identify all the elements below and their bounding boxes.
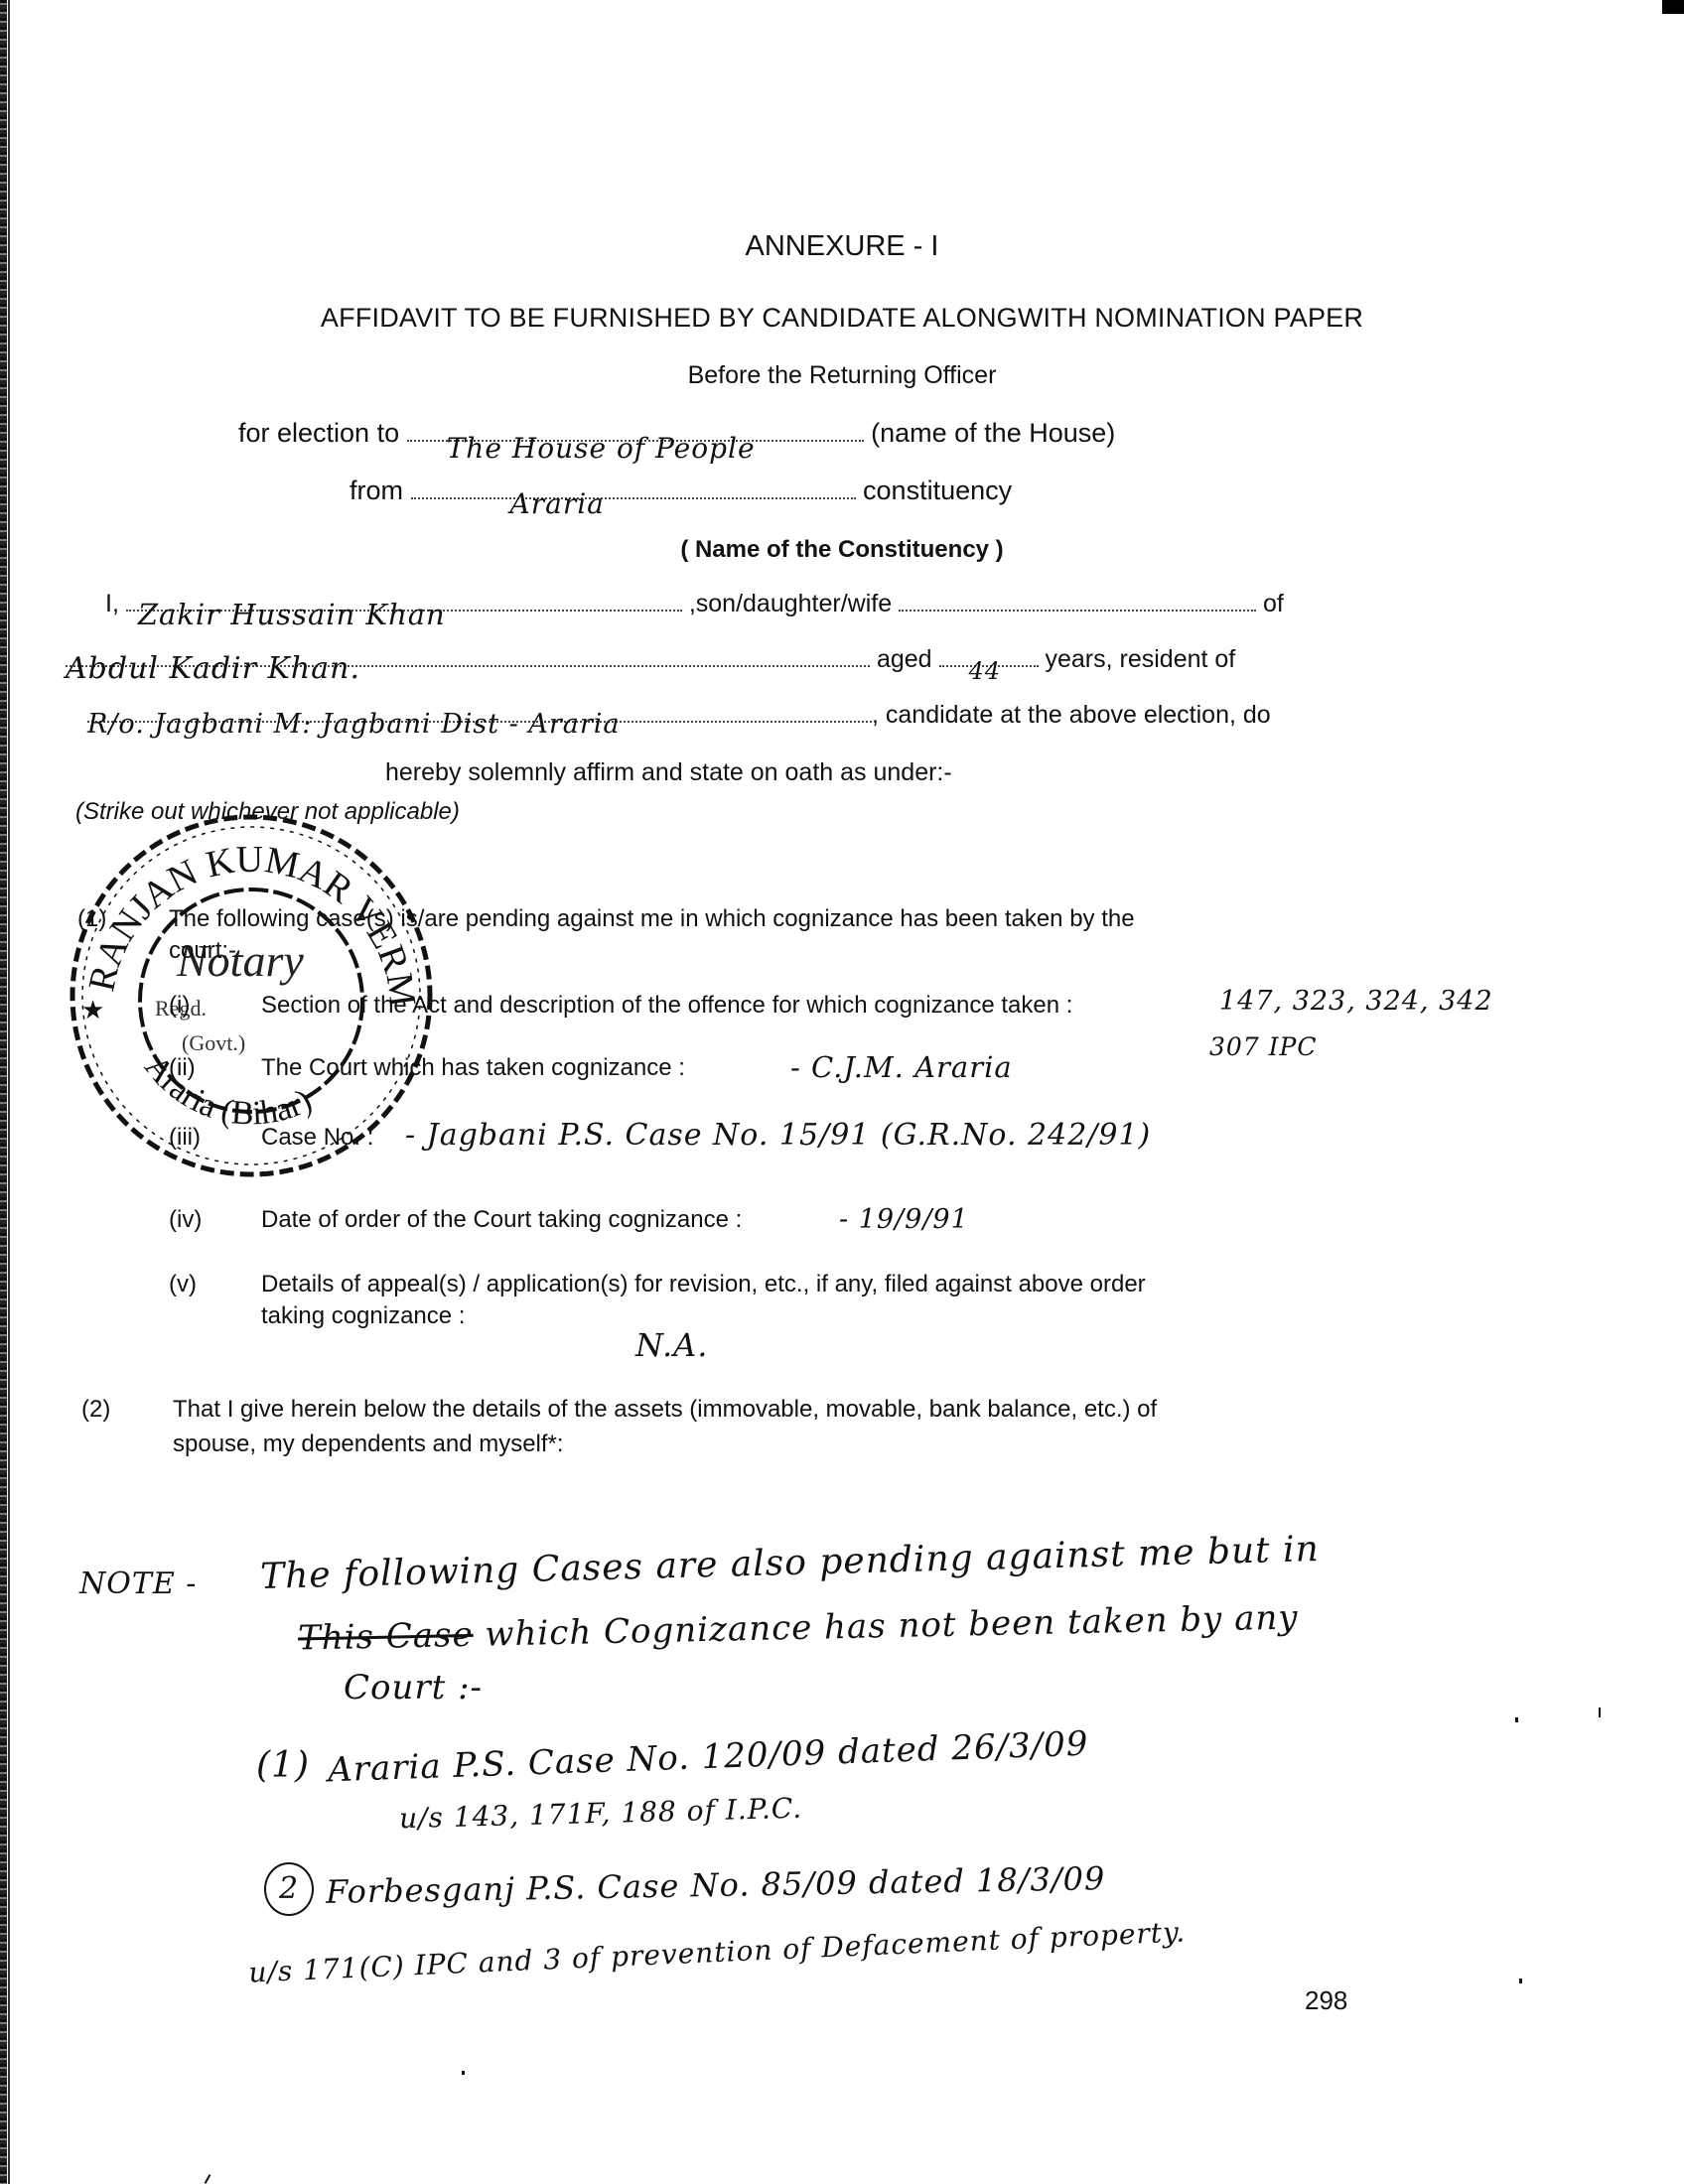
svg-text:(Govt.): (Govt.) — [182, 1030, 245, 1055]
case-line2: u/s 143, 171F, 188 of I.P.C. — [399, 1792, 803, 1836]
court-value: - C.J.M. Araria — [790, 1050, 1013, 1084]
offence-sections-value: 147, 323, 324, 342 — [1219, 986, 1493, 1017]
note-line1: The following Cases are also pending aga… — [260, 1529, 1321, 1597]
circled-number: 2 — [264, 1862, 314, 1916]
case-number: 2 — [264, 1862, 314, 1916]
scan-speck — [462, 2071, 465, 2075]
item-number: (iii) — [169, 1124, 201, 1152]
parent-line: Abdul Kadir Khan. aged 44 years, residen… — [66, 645, 1235, 674]
offence-sections-value-2: 307 IPC — [1209, 1032, 1318, 1061]
returning-officer-line: Before the Returning Officer — [0, 361, 1684, 390]
case-line1: Forbesganj P.S. Case No. 85/09 dated 18/… — [326, 1859, 1106, 1911]
note-line2-text: which Cognizance has not been taken by a… — [485, 1597, 1299, 1654]
note-label: NOTE - — [79, 1567, 197, 1601]
note-line2: This Case which Cognizance has not been … — [298, 1597, 1299, 1658]
house-value: The House of People — [447, 432, 756, 465]
cognizance-date-value: - 19/9/91 — [839, 1204, 969, 1235]
of-label: of — [1263, 590, 1284, 617]
section2-line1: That I give herein below the details of … — [173, 1396, 1157, 1424]
item-label: Case No. : — [261, 1124, 373, 1152]
affidavit-page: ANNEXURE - I AFFIDAVIT TO BE FURNISHED B… — [0, 0, 1684, 2184]
page-number: 298 — [1305, 1985, 1347, 2016]
parent-field: Abdul Kadir Khan. — [66, 665, 870, 667]
item-number: (ii) — [169, 1054, 196, 1082]
item-label: Section of the Act and description of th… — [261, 992, 1072, 1020]
name-value: Zakir Hussain Khan — [138, 598, 446, 631]
election-line: for election to The House of People (nam… — [238, 418, 1115, 449]
case-line1: Araria P.S. Case No. 120/09 dated 26/3/0… — [328, 1724, 1089, 1791]
address-field: R/o. Jagbani M: Jagbani Dist - Araria — [87, 721, 872, 723]
scan-speck — [1519, 1979, 1522, 1983]
section1-intro-line2: court:- — [169, 937, 236, 965]
scan-speck — [1515, 1717, 1518, 1722]
address-line: R/o. Jagbani M: Jagbani Dist - Araria , … — [87, 701, 1271, 730]
item-number: (i) — [169, 992, 190, 1020]
section1-intro-line1: The following case(s) is/are pending aga… — [169, 905, 1135, 933]
struck-text: This Case — [298, 1615, 474, 1659]
house-field: The House of People — [407, 440, 864, 442]
scan-speck — [205, 2174, 211, 2184]
section1-number: (1) — [77, 905, 106, 933]
item-label: The Court which has taken cognizance : — [261, 1054, 685, 1082]
candidate-label: , candidate at the above election, do — [872, 701, 1271, 729]
appeal-details-value: N.A. — [635, 1326, 708, 1364]
name-field: Zakir Hussain Khan — [126, 610, 682, 612]
case-number-value: - Jagbani P.S. Case No. 15/91 (G.R.No. 2… — [405, 1118, 1151, 1153]
scan-speck — [1599, 1707, 1601, 1717]
from-prefix: from — [350, 476, 403, 505]
parent-value: Abdul Kadir Khan. — [66, 651, 360, 686]
section2-line2: spouse, my dependents and myself*: — [173, 1431, 564, 1458]
case-number: (1) — [256, 1745, 310, 1786]
age-value: 44 — [969, 657, 1002, 685]
address-value: R/o. Jagbani M: Jagbani Dist - Araria — [87, 709, 621, 740]
item-number: (v) — [169, 1271, 197, 1298]
item-number: (iv) — [169, 1206, 202, 1234]
election-prefix: for election to — [238, 418, 399, 448]
annexure-heading: ANNEXURE - I — [0, 230, 1684, 263]
affirm-line: hereby solemnly affirm and state on oath… — [385, 758, 952, 787]
constituency-value: Araria — [510, 487, 605, 520]
constituency-suffix: constituency — [863, 476, 1012, 505]
age-field: 44 — [939, 665, 1039, 667]
svg-text:★: ★ — [81, 995, 104, 1024]
section2-number: (2) — [81, 1396, 110, 1424]
aged-label: aged — [877, 645, 932, 673]
case-line2: u/s 171(C) IPC and 3 of prevention of De… — [248, 1915, 1187, 1988]
item-label: Date of order of the Court taking cogniz… — [261, 1206, 742, 1234]
constituency-line: from Araria constituency — [350, 476, 1012, 506]
constituency-field: Araria — [411, 497, 856, 499]
i-prefix: I, — [105, 590, 119, 617]
item-label: Details of appeal(s) / application(s) fo… — [261, 1271, 1146, 1298]
relation-label: ,son/daughter/wife — [689, 590, 892, 617]
years-label: years, resident of — [1045, 645, 1235, 673]
relation-field — [899, 610, 1256, 612]
declarant-name-line: I, Zakir Hussain Khan ,son/daughter/wife… — [105, 590, 1284, 618]
affidavit-title: AFFIDAVIT TO BE FURNISHED BY CANDIDATE A… — [0, 303, 1684, 334]
constituency-caption: ( Name of the Constituency ) — [0, 536, 1684, 564]
house-suffix: (name of the House) — [871, 418, 1115, 448]
item-label-2: taking cognizance : — [261, 1302, 465, 1330]
note-line3: Court :- — [344, 1668, 483, 1707]
scan-corner-mark — [1662, 0, 1684, 14]
